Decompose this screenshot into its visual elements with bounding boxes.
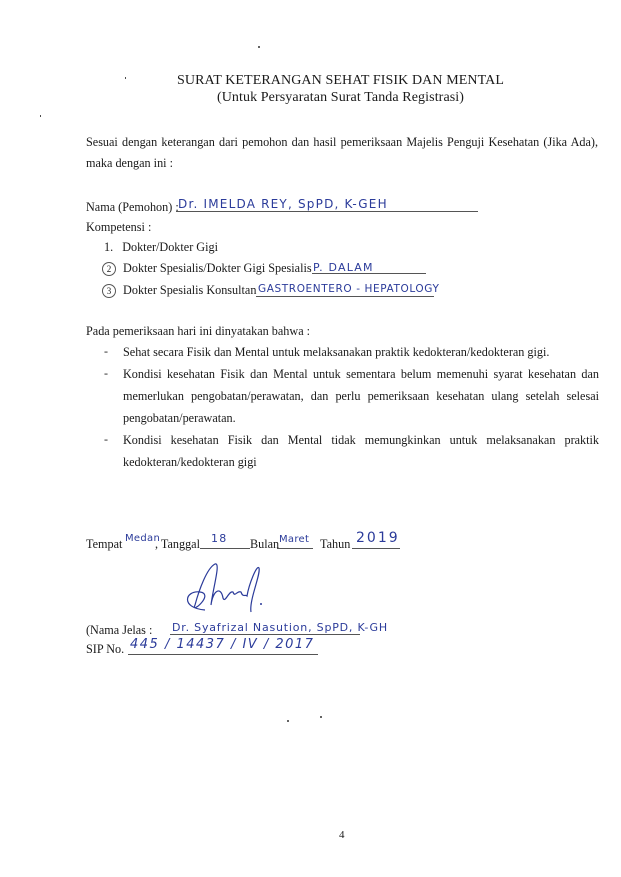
sip-value: 445 / 14437 / IV / 2017 bbox=[130, 637, 314, 652]
date-underline bbox=[200, 548, 250, 549]
scan-speck bbox=[287, 720, 289, 722]
clear-name-underline bbox=[170, 634, 360, 635]
bullet-dash: - bbox=[104, 344, 108, 359]
bullet-dash: - bbox=[104, 432, 108, 447]
bullet-dash: - bbox=[104, 366, 108, 381]
sip-underline bbox=[128, 654, 318, 655]
kompetensi-label-text: Dokter Spesialis Konsultan bbox=[123, 283, 256, 297]
statement-3-line2: kedokteran/kedokteran gigi bbox=[123, 455, 257, 470]
signature bbox=[175, 560, 275, 620]
month-label: Bulan bbox=[250, 537, 279, 552]
year-value: 2019 bbox=[356, 530, 400, 546]
kompetensi-number: 1. bbox=[104, 240, 113, 254]
intro-text-line1: Sesuai dengan keterangan dari pemohon da… bbox=[86, 135, 598, 150]
statement-2-line1: Kondisi kesehatan Fisik dan Mental untuk… bbox=[123, 367, 599, 382]
place-label: Tempat bbox=[86, 537, 122, 552]
statement-1-line1: Sehat secara Fisik dan Mental untuk mela… bbox=[123, 345, 549, 360]
year-underline bbox=[352, 548, 400, 549]
sip-label: SIP No. bbox=[86, 642, 124, 657]
specialty-underline bbox=[312, 273, 426, 274]
clear-name-label: (Nama Jelas : bbox=[86, 623, 152, 638]
kompetensi-label-text: Dokter/Dokter Gigi bbox=[122, 240, 218, 254]
circled-number: 2 bbox=[102, 262, 116, 276]
kompetensi-label: Kompetensi : bbox=[86, 220, 151, 235]
intro-text-line2: maka dengan ini : bbox=[86, 156, 173, 171]
clear-name-value: Dr. Syafrizal Nasution, SpPD, K-GH bbox=[172, 621, 388, 634]
kompetensi-item-1: 1. Dokter/Dokter Gigi bbox=[104, 240, 218, 255]
kompetensi-consultant-value: GASTROENTERO - HEPATOLOGY bbox=[258, 283, 440, 295]
month-value: Maret bbox=[279, 534, 309, 545]
kompetensi-label-text: Dokter Spesialis/Dokter Gigi Spesialis bbox=[123, 261, 312, 275]
date-label: , Tanggal bbox=[155, 537, 200, 552]
statement-3-line1: Kondisi kesehatan Fisik dan Mental tidak… bbox=[123, 433, 599, 448]
consultant-underline bbox=[256, 296, 434, 297]
kompetensi-item-2: 2 Dokter Spesialis/Dokter Gigi Spesialis bbox=[102, 261, 312, 276]
name-underline bbox=[176, 211, 478, 212]
month-underline bbox=[277, 548, 313, 549]
document-subtitle: (Untuk Persyaratan Surat Tanda Registras… bbox=[0, 90, 621, 106]
document-title: SURAT KETERANGAN SEHAT FISIK DAN MENTAL bbox=[0, 73, 621, 89]
name-value: Dr. IMELDA REY, SpPD, K-GEH bbox=[178, 197, 388, 211]
statement-2-line3: pengobatan/perawatan. bbox=[123, 411, 236, 426]
scan-speck bbox=[40, 115, 41, 117]
statement-label: Pada pemeriksaan hari ini dinyatakan bah… bbox=[86, 324, 310, 339]
year-label: Tahun bbox=[320, 537, 350, 552]
statement-2-line2: memerlukan pengobatan/perawatan, dan per… bbox=[123, 389, 599, 404]
scan-speck bbox=[320, 716, 322, 718]
scan-speck bbox=[258, 46, 260, 48]
date-value: 18 bbox=[211, 532, 227, 545]
name-label: Nama (Pemohon) : bbox=[86, 200, 179, 215]
circled-number: 3 bbox=[102, 284, 116, 298]
page-number: 4 bbox=[339, 829, 345, 841]
kompetensi-item-3: 3 Dokter Spesialis Konsultan bbox=[102, 283, 256, 298]
